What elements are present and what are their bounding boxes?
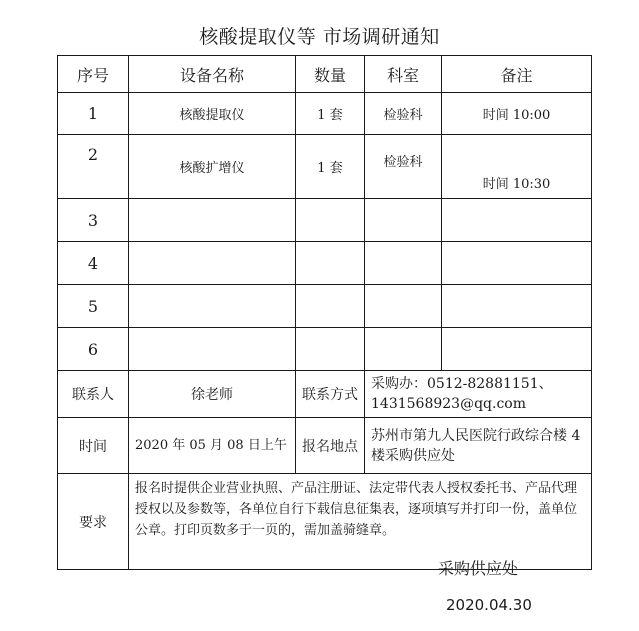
row-device-name: 核酸扩增仪 [129, 135, 296, 199]
row-department [365, 199, 442, 242]
time-label: 时间 [58, 418, 129, 474]
requirements-text: 报名时提供企业营业执照、产品注册证、法定带代表人授权委托书、产品代理授权以及参数… [129, 474, 592, 570]
row-device-name: 核酸提取仪 [129, 93, 296, 135]
row-quantity [296, 285, 365, 328]
row-remarks: 时间 10:30 [442, 135, 592, 199]
header-remarks: 备注 [442, 56, 592, 93]
row-remarks [442, 285, 592, 328]
row-remarks: 时间 10:00 [442, 93, 592, 135]
row-quantity [296, 328, 365, 371]
row-device-name [129, 199, 296, 242]
row-no: 6 [58, 328, 129, 371]
row-department [365, 328, 442, 371]
row-remarks [442, 328, 592, 371]
table-row: 3 [58, 199, 592, 242]
requirements-label: 要求 [58, 474, 129, 570]
issue-date: 2020.04.30 [446, 596, 532, 614]
time-row: 时间 2020 年 05 月 08 日上午 报名地点 苏州市第九人民医院行政综合… [58, 418, 592, 474]
table-row: 5 [58, 285, 592, 328]
row-remarks [442, 242, 592, 285]
row-quantity: 1 套 [296, 93, 365, 135]
contact-label: 联系人 [58, 371, 129, 418]
row-department: 检验科 [365, 135, 442, 199]
row-no: 1 [58, 93, 129, 135]
header-quantity: 数量 [296, 56, 365, 93]
header-department: 科室 [365, 56, 442, 93]
row-device-name [129, 328, 296, 371]
row-department [365, 285, 442, 328]
document-title: 核酸提取仪等 市场调研通知 [0, 22, 639, 49]
row-no: 3 [58, 199, 129, 242]
table-row: 6 [58, 328, 592, 371]
issuing-department: 采购供应处 [438, 556, 518, 579]
row-no: 2 [58, 135, 129, 199]
table-row: 4 [58, 242, 592, 285]
table-row: 2 核酸扩增仪 1 套 检验科 时间 10:30 [58, 135, 592, 199]
row-device-name [129, 285, 296, 328]
contact-method-label: 联系方式 [296, 371, 365, 418]
header-no: 序号 [58, 56, 129, 93]
row-quantity: 1 套 [296, 135, 365, 199]
contact-row: 联系人 徐老师 联系方式 采购办：0512-82881151、 14315689… [58, 371, 592, 418]
table-row: 1 核酸提取仪 1 套 检验科 时间 10:00 [58, 93, 592, 135]
contact-phone: 采购办：0512-82881151、 [371, 374, 591, 394]
contact-method-value: 采购办：0512-82881151、 1431568923@qq.com [365, 371, 592, 418]
contact-person: 徐老师 [129, 371, 296, 418]
equipment-table: 序号 设备名称 数量 科室 备注 1 核酸提取仪 1 套 检验科 时间 10:0… [57, 55, 592, 570]
location-value: 苏州市第九人民医院行政综合楼 4 楼采购供应处 [365, 418, 592, 474]
row-quantity [296, 199, 365, 242]
header-device-name: 设备名称 [129, 56, 296, 93]
row-department: 检验科 [365, 93, 442, 135]
row-remarks [442, 199, 592, 242]
contact-email: 1431568923@qq.com [371, 394, 591, 414]
location-label: 报名地点 [296, 418, 365, 474]
row-device-name [129, 242, 296, 285]
row-no: 4 [58, 242, 129, 285]
row-no: 5 [58, 285, 129, 328]
table-header-row: 序号 设备名称 数量 科室 备注 [58, 56, 592, 93]
time-value: 2020 年 05 月 08 日上午 [129, 418, 296, 474]
row-department [365, 242, 442, 285]
row-quantity [296, 242, 365, 285]
